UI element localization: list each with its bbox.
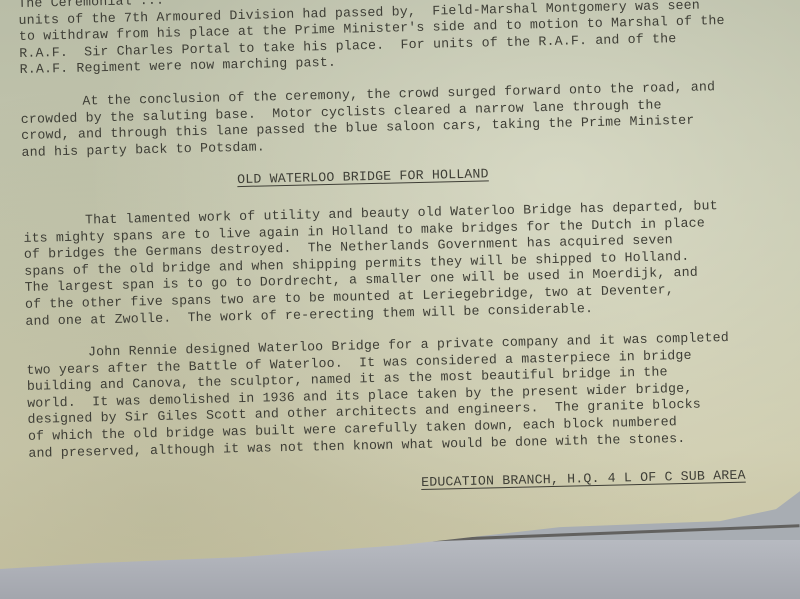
conclusion-paragraph: At the conclusion of the ceremony, the c…: [20, 77, 791, 161]
section-heading: OLD WATERLOO BRIDGE FOR HOLLAND: [22, 160, 792, 194]
signature-text: EDUCATION BRANCH, H.Q. 4 L OF C SUB AREA: [421, 468, 746, 490]
typewritten-page: The Ceremonial ... units of the 7th Armo…: [0, 0, 800, 599]
intro-paragraph: The Ceremonial ... units of the 7th Armo…: [18, 0, 790, 79]
bridge-paragraph-2: John Rennie designed Waterloo Bridge for…: [26, 329, 798, 463]
bridge-paragraph-1: That lamented work of utility and beauty…: [23, 196, 795, 330]
page-text: The Ceremonial ... units of the 7th Armo…: [18, 0, 799, 501]
section-heading-text: OLD WATERLOO BRIDGE FOR HOLLAND: [237, 167, 489, 188]
signature-block: EDUCATION BRANCH, H.Q. 4 L OF C SUB AREA: [29, 467, 799, 501]
